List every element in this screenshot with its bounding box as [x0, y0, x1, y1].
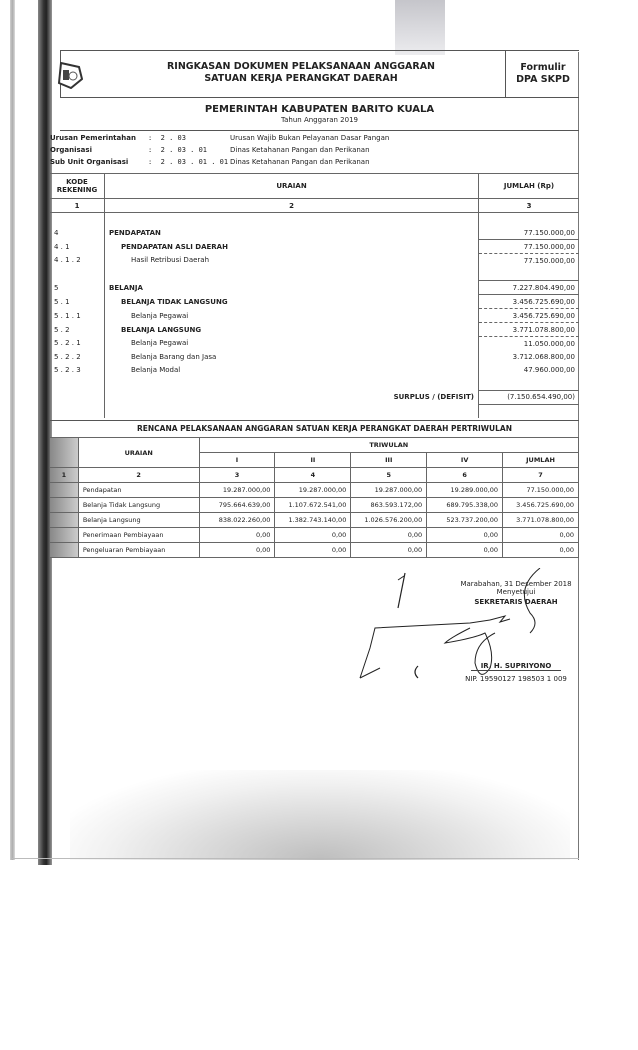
row-jumlah: 77.150.000,00 — [479, 240, 580, 254]
col-number: 2 — [78, 468, 199, 483]
surplus-value: (7.150.654.490,00) — [479, 390, 580, 404]
surplus-label: SURPLUS / (DEFISIT) — [105, 390, 479, 404]
row-kode: 4 . 1 . 2 — [50, 254, 105, 268]
row-jumlah: 7.227.804.490,00 — [479, 281, 580, 295]
row-value: 0,00 — [199, 528, 275, 543]
document-title: RINGKASAN DOKUMEN PELAKSANAAN ANGGARAN S… — [91, 61, 511, 85]
info-desc: Dinas Ketahanan Pangan dan Perikanan — [230, 146, 370, 154]
row-kode: 6.1 — [50, 528, 78, 543]
signer-nip: NIP. 19590127 198503 1 009 — [416, 675, 616, 683]
table-row: 6.2Pengeluaran Pembiayaan0,000,000,000,0… — [50, 543, 579, 558]
row-kode: 5 . 1 . 1 — [50, 309, 105, 323]
surplus-row: SURPLUS / (DEFISIT) (7.150.654.490,00) — [50, 390, 579, 404]
signature-block: Marabahan, 31 Desember 2018 Menyetujui S… — [416, 580, 616, 683]
col-number: 3 — [479, 199, 580, 213]
row-jumlah: 3.771.078.800,00 — [479, 323, 580, 337]
title-line-2: SATUAN KERJA PERANGKAT DAERAH — [91, 73, 511, 85]
row-jumlah: 11.050.000,00 — [479, 337, 580, 351]
row-kode: 4 . 1 — [50, 240, 105, 254]
form-label: Formulir — [506, 62, 580, 74]
row-uraian: Belanja Pegawai — [105, 337, 479, 351]
page-edge-bottom — [12, 858, 579, 859]
row-jumlah: 3.456.725.690,00 — [479, 309, 580, 323]
table-row: 5 . 2 . 2 Belanja Barang dan Jasa 3.712.… — [50, 350, 579, 363]
info-row-urusan: Urusan Pemerintahan : 2 . 03 Urusan Waji… — [60, 134, 579, 146]
header-q1: I — [199, 453, 275, 468]
row-value: 0,00 — [427, 543, 503, 558]
row-value: 0,00 — [199, 543, 275, 558]
row-jumlah: 77.150.000,00 — [479, 226, 580, 240]
row-kode: 5 — [50, 281, 105, 295]
header-uraian: URAIAN — [105, 174, 479, 199]
form-id: DPA SKPD — [506, 74, 580, 86]
info-code: : 2 . 03 — [148, 134, 186, 142]
table-row: 4 PENDAPATAN 77.150.000,00 — [50, 226, 579, 240]
row-value: 838.022.260,00 — [199, 513, 275, 528]
info-code: : 2 . 03 . 01 — [148, 146, 207, 154]
row-uraian: PENDAPATAN ASLI DAERAH — [105, 240, 479, 254]
row-uraian: BELANJA — [105, 281, 479, 295]
quarterly-plan: RENCANA PELAKSANAAN ANGGARAN SATUAN KERJ… — [50, 420, 579, 558]
info-code: : 2 . 03 . 01 . 01 — [148, 158, 228, 166]
row-value: 19.289.000,00 — [427, 483, 503, 498]
row-value: 0,00 — [351, 528, 427, 543]
fiscal-year: Tahun Anggaran 2019 — [60, 116, 579, 124]
header-jumlah: JUMLAH — [503, 453, 579, 468]
place-date: Marabahan, 31 Desember 2018 — [416, 580, 616, 588]
signer-name: IR. H. SUPRIYONO — [471, 662, 562, 671]
row-uraian: Belanja Tidak Langsung — [78, 498, 199, 513]
row-jumlah: 3.456.725.690,00 — [479, 295, 580, 309]
row-jumlah: 3.712.068.800,00 — [479, 350, 580, 363]
table-row: 5 . 2 BELANJA LANGSUNG 3.771.078.800,00 — [50, 323, 579, 337]
col-number: 1 — [50, 468, 78, 483]
table-row: 4Pendapatan19.287.000,0019.287.000,0019.… — [50, 483, 579, 498]
row-value: 0,00 — [503, 528, 579, 543]
info-row-organisasi: Organisasi : 2 . 03 . 01 Dinas Ketahanan… — [60, 146, 579, 158]
col-number: 3 — [199, 468, 275, 483]
row-uraian: BELANJA TIDAK LANGSUNG — [105, 295, 479, 309]
row-value: 77.150.000,00 — [503, 483, 579, 498]
column-number-row: 1 2 3 4 5 6 7 — [50, 468, 579, 483]
info-label: Organisasi — [50, 146, 92, 154]
quarterly-title: RENCANA PELAKSANAAN ANGGARAN SATUAN KERJ… — [50, 420, 579, 437]
info-row-sub-unit: Sub Unit Organisasi : 2 . 03 . 01 . 01 D… — [60, 158, 579, 170]
header-q2: II — [275, 453, 351, 468]
table-row: 5 . 1 BELANJA TIDAK LANGSUNG 3.456.725.6… — [50, 295, 579, 309]
government-title: PEMERINTAH KABUPATEN BARITO KUALA — [60, 104, 579, 115]
quarterly-table: URAIAN TRIWULAN I II III IV JUMLAH 1 2 3… — [50, 437, 579, 558]
header-jumlah: JUMLAH (Rp) — [479, 174, 580, 199]
form-code: Formulir DPA SKPD — [505, 51, 580, 98]
row-kode: 6.2 — [50, 543, 78, 558]
row-kode: 5 . 1 — [50, 295, 105, 309]
row-uraian: Belanja Pegawai — [105, 309, 479, 323]
column-number-row: 1 2 3 — [50, 199, 579, 213]
row-value: 523.737.200,00 — [427, 513, 503, 528]
table-row: 4 . 1 PENDAPATAN ASLI DAERAH 77.150.000,… — [50, 240, 579, 254]
row-uraian: BELANJA LANGSUNG — [105, 323, 479, 337]
row-value: 0,00 — [351, 543, 427, 558]
header-q4: IV — [427, 453, 503, 468]
row-value: 689.795.338,00 — [427, 498, 503, 513]
info-label: Sub Unit Organisasi — [50, 158, 128, 166]
document-header: RINGKASAN DOKUMEN PELAKSANAAN ANGGARAN S… — [60, 50, 579, 98]
organization-info: Urusan Pemerintahan : 2 . 03 Urusan Waji… — [60, 134, 579, 170]
row-kode: 4 — [50, 226, 105, 240]
scan-shadow — [70, 770, 570, 860]
header-kode — [50, 438, 78, 468]
col-number: 4 — [275, 468, 351, 483]
info-desc: Dinas Ketahanan Pangan dan Perikanan — [230, 158, 370, 166]
table-row: 4 . 1 . 2 Hasil Retribusi Daerah 77.150.… — [50, 254, 579, 268]
row-uraian: Pengeluaran Pembiayaan — [78, 543, 199, 558]
row-jumlah: 77.150.000,00 — [479, 254, 580, 268]
row-value: 795.664.639,00 — [199, 498, 275, 513]
summary-table: KODE REKENING URAIAN JUMLAH (Rp) 1 2 3 4… — [50, 173, 579, 418]
table-row: 5.1Belanja Tidak Langsung795.664.639,001… — [50, 498, 579, 513]
header-q3: III — [351, 453, 427, 468]
row-value: 1.107.672.541,00 — [275, 498, 351, 513]
regency-emblem-icon — [57, 61, 83, 89]
approval-text: Menyetujui — [416, 588, 616, 596]
row-value: 0,00 — [275, 543, 351, 558]
row-value: 3.771.078.800,00 — [503, 513, 579, 528]
signer-role: SEKRETARIS DAERAH — [416, 598, 616, 606]
row-jumlah: 47.960.000,00 — [479, 363, 580, 376]
title-line-1: RINGKASAN DOKUMEN PELAKSANAAN ANGGARAN — [91, 61, 511, 73]
header-uraian: URAIAN — [78, 438, 199, 468]
row-value: 3.456.725.690,00 — [503, 498, 579, 513]
row-kode: 5 . 2 — [50, 323, 105, 337]
row-value: 863.593.172,00 — [351, 498, 427, 513]
scan-smudge — [395, 0, 445, 55]
row-uraian: Belanja Langsung — [78, 513, 199, 528]
quarterly-header-row: URAIAN TRIWULAN — [50, 438, 579, 453]
row-kode: 5.2 — [50, 513, 78, 528]
row-value: 19.287.000,00 — [351, 483, 427, 498]
table-row: 5 BELANJA 7.227.804.490,00 — [50, 281, 579, 295]
row-value: 0,00 — [427, 528, 503, 543]
row-uraian: Belanja Barang dan Jasa — [105, 350, 479, 363]
col-number: 6 — [427, 468, 503, 483]
table-row: 6.1Penerimaan Pembiayaan0,000,000,000,00… — [50, 528, 579, 543]
row-value: 1.026.576.200,00 — [351, 513, 427, 528]
table-row: 5 . 2 . 1 Belanja Pegawai 11.050.000,00 — [50, 337, 579, 351]
scan-edge — [10, 0, 15, 860]
row-kode: 5 . 2 . 1 — [50, 337, 105, 351]
table-row: 5.2Belanja Langsung838.022.260,001.382.7… — [50, 513, 579, 528]
row-uraian: Hasil Retribusi Daerah — [105, 254, 479, 268]
row-value: 1.382.743.140,00 — [275, 513, 351, 528]
table-row: 5 . 2 . 3 Belanja Modal 47.960.000,00 — [50, 363, 579, 376]
header-triwulan: TRIWULAN — [199, 438, 578, 453]
row-kode: 5 . 2 . 2 — [50, 350, 105, 363]
info-desc: Urusan Wajib Bukan Pelayanan Dasar Panga… — [230, 134, 389, 142]
table-row: 5 . 1 . 1 Belanja Pegawai 3.456.725.690,… — [50, 309, 579, 323]
row-uraian: PENDAPATAN — [105, 226, 479, 240]
col-number: 1 — [50, 199, 105, 213]
col-number: 7 — [503, 468, 579, 483]
summary-header-row: KODE REKENING URAIAN JUMLAH (Rp) — [50, 174, 579, 199]
col-number: 5 — [351, 468, 427, 483]
row-kode: 5.1 — [50, 498, 78, 513]
row-kode: 4 — [50, 483, 78, 498]
row-value: 19.287.000,00 — [199, 483, 275, 498]
info-label: Urusan Pemerintahan — [50, 134, 136, 142]
row-uraian: Belanja Modal — [105, 363, 479, 376]
col-number: 2 — [105, 199, 479, 213]
row-uraian: Penerimaan Pembiayaan — [78, 528, 199, 543]
row-value: 0,00 — [275, 528, 351, 543]
header-kode-rekening: KODE REKENING — [50, 174, 105, 199]
government-block: PEMERINTAH KABUPATEN BARITO KUALA Tahun … — [60, 98, 579, 131]
row-value: 0,00 — [503, 543, 579, 558]
row-value: 19.287.000,00 — [275, 483, 351, 498]
row-kode: 5 . 2 . 3 — [50, 363, 105, 376]
row-uraian: Pendapatan — [78, 483, 199, 498]
